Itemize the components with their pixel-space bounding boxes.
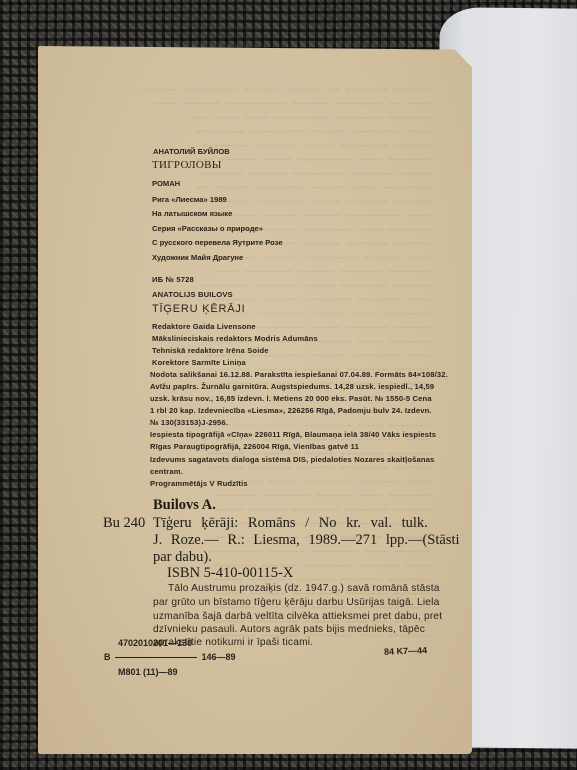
card-heading: Builovs A. [153, 497, 216, 514]
russian-genre: РОМАН [152, 179, 180, 188]
credit-editor: Redaktore Gaida Livensone [152, 322, 256, 331]
dis-line: Izdevums sagatavots dialoga sistēmā DIS,… [150, 455, 434, 464]
fraction-line [115, 657, 197, 658]
card-entry-line: Tīģeru ķērāji: Romāns / No kr. val. tulk… [153, 515, 428, 532]
russian-author: АНАТОЛИЙ БУЙЛОВ [153, 147, 230, 156]
colophon-page: АНАТОЛИЙ БУЙЛОВ ТИГРОЛОВЫ РОМАН Рига «Ли… [0, 0, 577, 770]
footer-letter: B [104, 652, 111, 662]
footer-numerator: 4702010201—130 [118, 638, 192, 648]
annotation-line: Tālo Austrumu prozaiķis (dz. 1947.g.) sa… [168, 583, 440, 594]
card-entry-line: J. Roze.— R.: Liesma, 1989.—271 lpp.—(St… [153, 532, 460, 549]
programmer-line: Programmētājs V Rudzītis [150, 479, 248, 488]
isbn: ISBN 5-410-00115-X [167, 565, 293, 582]
latvian-author: ANATOLIJS BUILOVS [152, 290, 233, 299]
imprint-line: Nodota salikšanai 16.12.88. Parakstīta i… [150, 370, 448, 379]
imprint-line: Avīžu papīrs. Žurnālu garnitūra. Augstsp… [150, 382, 434, 391]
imprint-line: № 130(33153)J-2956. [150, 418, 228, 427]
russian-publisher-line: Рига «Лиесма» 1989 [152, 195, 227, 204]
credit-tech-editor: Tehniskā redaktore Irēna Soide [152, 346, 269, 355]
credit-proofreader: Korektore Sarmīte Liniņa [152, 358, 246, 367]
annotation-line: uzmanība šajā darbā veltīta cilvēka atti… [153, 611, 442, 622]
imprint-line: uzsk. krāsu nov., 16,85 izdevn. l. Metie… [150, 394, 432, 403]
dis-line: centram. [150, 467, 183, 476]
card-entry-line: par dabu). [153, 549, 212, 566]
russian-language-line: На латышском языке [152, 209, 232, 218]
russian-translator-line: С русского перевела Яутрите Розе [152, 238, 283, 247]
russian-title: ТИГРОЛОВЫ [152, 159, 222, 171]
latvian-title: TĪĢERU ĶĒRĀJI [152, 303, 246, 315]
printer-line: Iespiesta tipogrāfijā «Cīņa» 226011 Rīgā… [150, 430, 436, 439]
imprint-line: 1 rbl 20 kap. Izdevniecība «Liesma», 226… [150, 406, 432, 415]
russian-artist-line: Художник Майя Драгуне [152, 253, 243, 262]
footer-right-of-line: 146—89 [202, 652, 236, 662]
footer-fraction-row: B 146—89 [104, 652, 236, 662]
ib-number: ИБ № 5728 [152, 275, 194, 284]
annotation-line: par grūto un bīstamo tīģeru ķērāju darbu… [153, 597, 439, 608]
annotation-line: dzīvnieku pasauli. Autors agrāk pats bij… [153, 624, 425, 635]
bbk-code: 84 K7—44 [384, 645, 427, 656]
call-number: Bu 240 [103, 515, 145, 532]
printer-line: Rīgas Paraugtipogrāfijā, 226004 Rīgā, Vi… [150, 442, 359, 451]
credit-art-editor: Mākslinieciskais redaktors Modris Adumān… [152, 334, 318, 343]
footer-denominator: M801 (11)—89 [118, 667, 178, 677]
russian-series-line: Серия «Рассказы о природе» [152, 224, 263, 233]
